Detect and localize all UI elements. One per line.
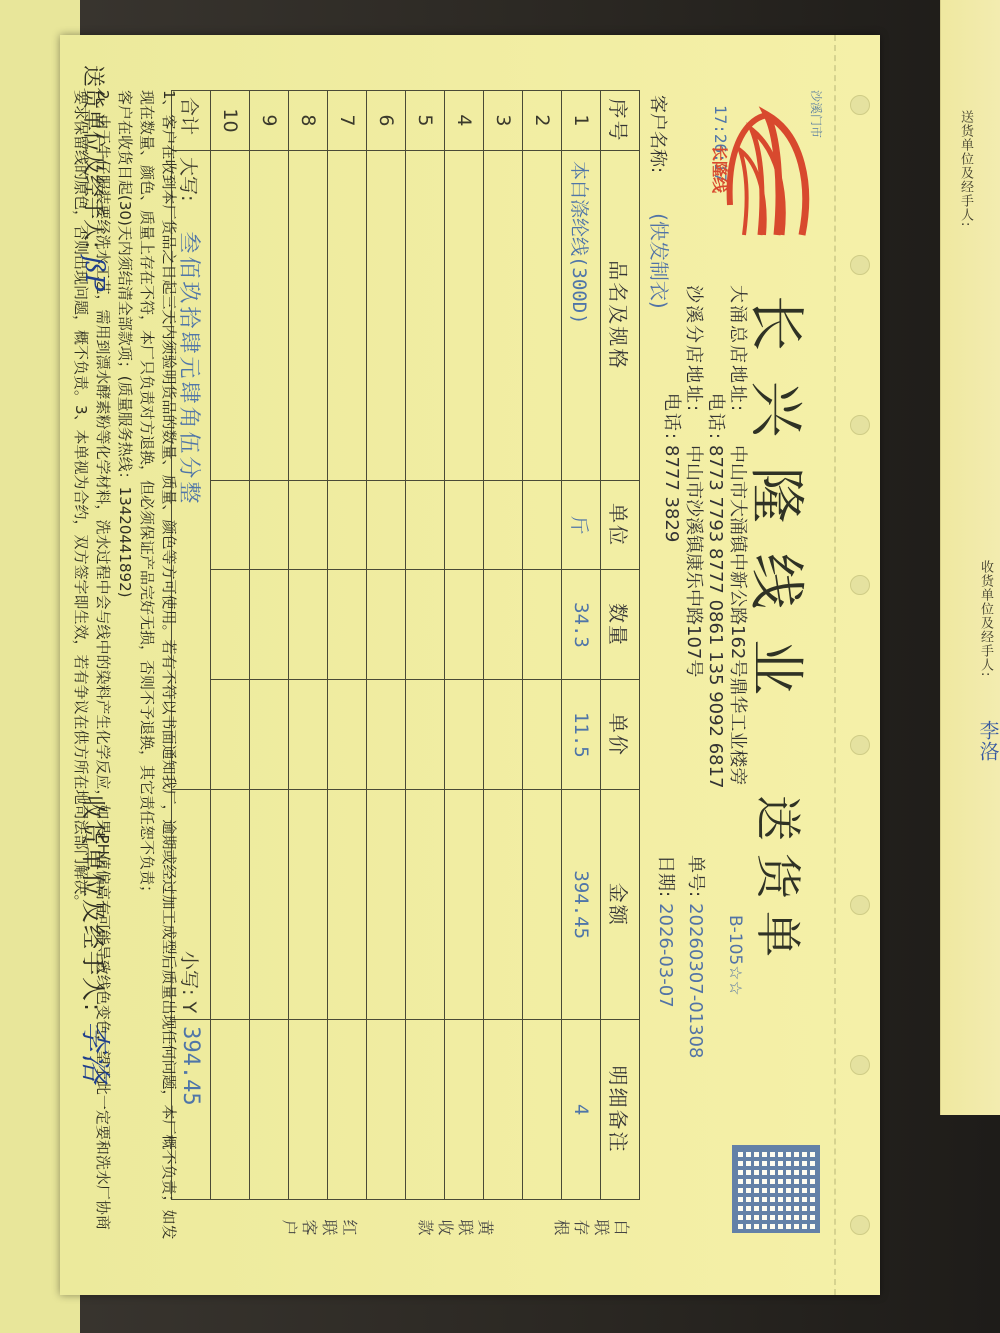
copy-label-yellow: 黄联收款	[374, 1215, 494, 1238]
table-row: 8	[289, 91, 328, 1200]
delivery-note-rotated: 沙溪门市 17:26:17 长隆线 长兴隆线业 送货单 大涌总店地址:中山市大涌…	[60, 35, 880, 1295]
table-row: 5	[406, 91, 445, 1200]
right-slip-receiver-signature: 李洛	[974, 720, 1000, 762]
table-row: 1 本白涤纶线(300D) 斤 34.3 11.5 394.45 4	[562, 91, 601, 1200]
header-no: 序号	[601, 91, 640, 151]
table-row: 6	[367, 91, 406, 1200]
table-row: 3	[484, 91, 523, 1200]
company-name: 长兴隆线业	[740, 295, 820, 725]
right-receipt-slip: 送货单位及经手人: 收货单位及经手人: 李洛	[940, 0, 1000, 1115]
document-type-title: 送货单	[748, 795, 814, 969]
table-row: 4	[445, 91, 484, 1200]
sender-signature-block: 送货单位及经手人:ßP	[79, 65, 110, 291]
customer-name: 客户名称:(快发制衣)	[646, 95, 675, 309]
note-1: 1、客户在收到本厂货品之日起三天内须验明货品的数量、质量、颜色等方可使用。若有不…	[136, 90, 180, 1240]
table-row: 10	[211, 91, 250, 1200]
header-amount: 金额	[601, 790, 640, 1020]
form-code: B-105☆☆	[725, 915, 745, 996]
header-note: 明细备注	[601, 1020, 640, 1200]
right-slip-receiver-label: 收货单位及经手人:	[976, 560, 995, 677]
header-name: 品名及规格	[601, 150, 640, 480]
phone-branch: 电话:8777 3829	[660, 285, 686, 542]
logo-mark: 长隆线	[709, 145, 732, 193]
copy-labels: 白联存根 黄联收款 红联客户	[222, 1215, 630, 1275]
table-row: 9	[250, 91, 289, 1200]
delivery-note: 沙溪门市 17:26:17 长隆线 长兴隆线业 送货单 大涌总店地址:中山市大涌…	[60, 35, 880, 1295]
table-header-row: 序号 品名及规格 单位 数量 单价 金额 明细备注	[601, 91, 640, 1200]
items-table: 序号 品名及规格 单位 数量 单价 金额 明细备注 1 本白涤纶线(300D) …	[171, 90, 640, 1200]
table-row: 2	[523, 91, 562, 1200]
qr-code-icon	[732, 1145, 820, 1233]
document-date: 日期:2026-03-07	[654, 855, 680, 1008]
header-qty: 数量	[601, 570, 640, 680]
header-price: 单价	[601, 680, 640, 790]
document-number: 单号:20260307-01308	[684, 855, 710, 1058]
tractor-feed-holes	[846, 95, 870, 1235]
copy-label-white: 白联存根	[510, 1215, 630, 1238]
perforation-line	[834, 35, 836, 1295]
table-row: 7	[328, 91, 367, 1200]
header-unit: 单位	[601, 480, 640, 570]
receiver-signature-block: 收货单位及经手人:李洛	[76, 795, 120, 1085]
right-slip-sender-label: 送货单位及经手人:	[956, 110, 975, 227]
copy-label-red: 红联客户	[238, 1215, 358, 1238]
